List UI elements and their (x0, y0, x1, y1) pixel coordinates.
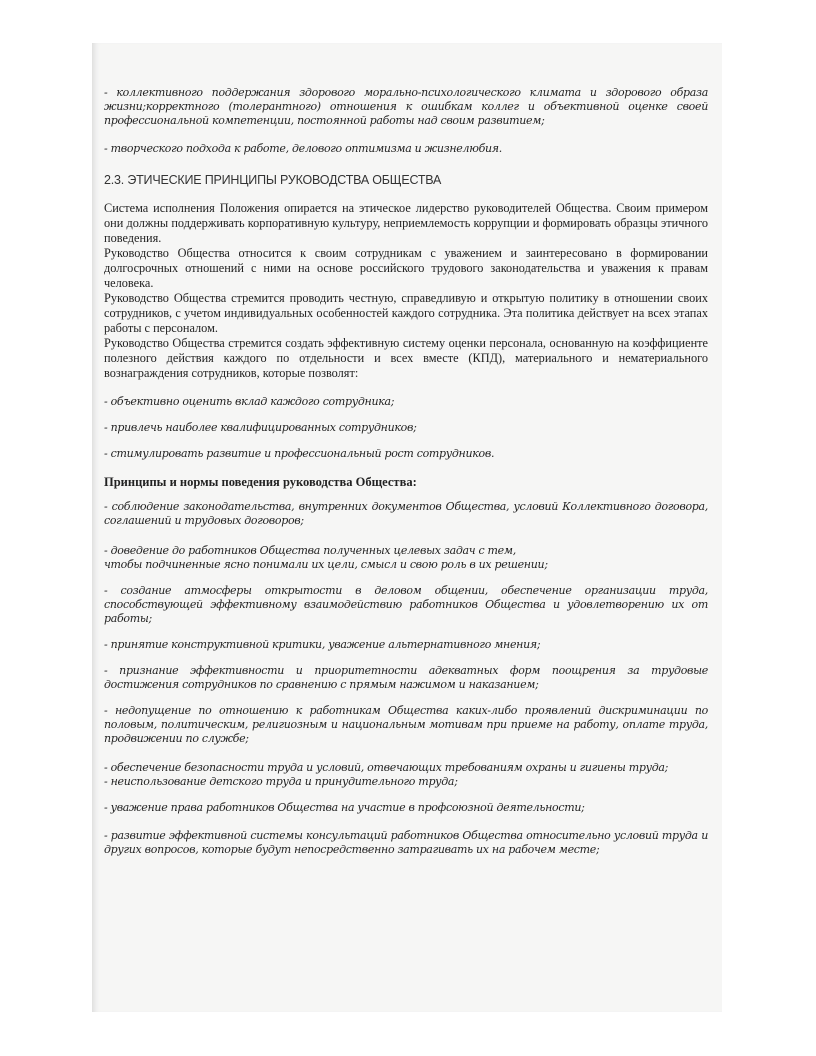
principle-item-goals-line1: - доведение до работников Общества получ… (104, 544, 708, 558)
principle-item-compliance: - соблюдение законодательства, внутренни… (104, 500, 708, 528)
paragraph-fair-policy: Руководство Общества стремится проводить… (104, 291, 708, 336)
paragraph-ethical-leadership: Система исполнения Положения опирается н… (104, 201, 708, 246)
paragraph-respect-employees: Руководство Общества относится к своим с… (104, 246, 708, 291)
evaluation-item-stimulate: - стимулировать развитие и профессиональ… (104, 447, 708, 461)
principle-item-union-rights: - уважение права работников Общества на … (104, 801, 708, 815)
evaluation-item-attract: - привлечь наиболее квалифицированных со… (104, 421, 708, 435)
intro-item-collective-climate: - коллективного поддержания здорового мо… (104, 86, 708, 128)
principle-item-goals-line2: чтобы подчиненные ясно понимали их цели,… (104, 558, 708, 572)
principle-item-no-child-labor: - неиспользование детского труда и прину… (104, 775, 708, 789)
section-heading: 2.3. ЭТИЧЕСКИЕ ПРИНЦИПЫ РУКОВОДСТВА ОБЩЕ… (104, 173, 708, 187)
principle-item-non-discrimination: - недопущение по отношению к работникам … (104, 704, 708, 746)
evaluation-item-assess: - объективно оценить вклад каждого сотру… (104, 395, 708, 409)
paragraph-evaluation-system: Руководство Общества стремится создать э… (104, 336, 708, 381)
intro-item-creative-approach: - творческого подхода к работе, делового… (104, 142, 708, 156)
principle-item-safety: - обеспечение безопасности труда и услов… (104, 761, 708, 775)
principles-heading: Принципы и нормы поведения руководства О… (104, 475, 708, 490)
document-content: - коллективного поддержания здорового мо… (104, 86, 708, 857)
principle-item-consultations: - развитие эффективной системы консульта… (104, 829, 708, 857)
principle-item-incentives: - признание эффективности и приоритетнос… (104, 664, 708, 692)
document-page: - коллективного поддержания здорового мо… (92, 43, 722, 1012)
principle-item-criticism: - принятие конструктивной критики, уваже… (104, 638, 708, 652)
principle-item-openness: - создание атмосферы открытости в делово… (104, 584, 708, 626)
